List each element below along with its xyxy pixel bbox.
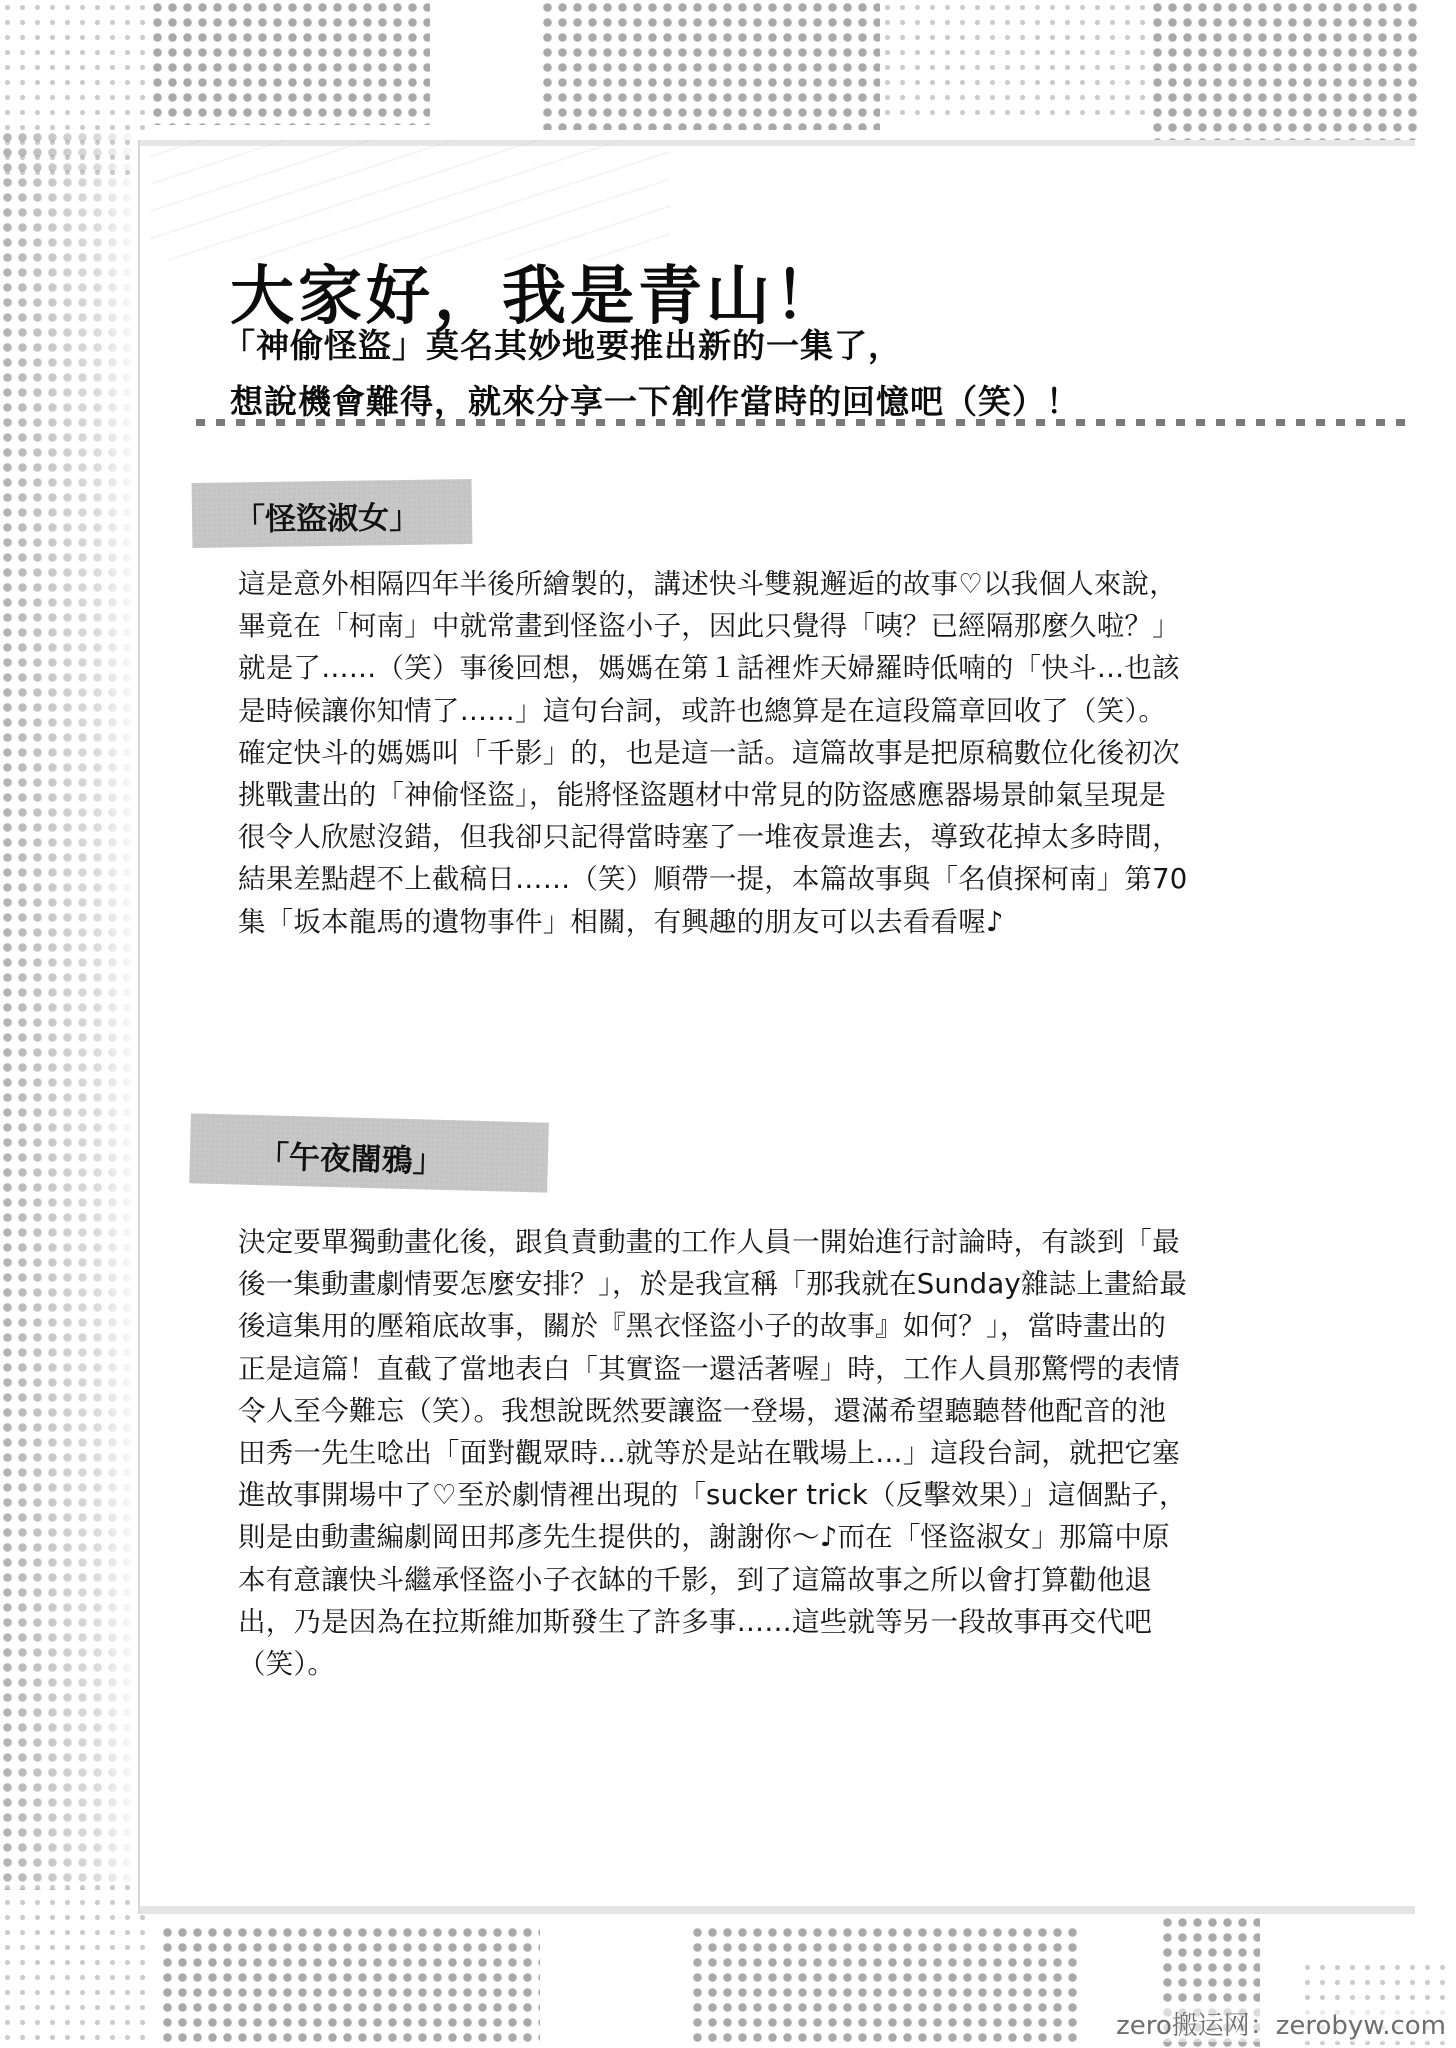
halftone-pattern-top-a [150, 0, 430, 125]
subtitle-line-1: 「神偷怪盜」莫名其妙地要推出新的一集了， [222, 318, 1080, 374]
body-line: 令人至今難忘（笑）。我想說既然要讓盜一登場，還滿希望聽聽替他配音的池 [238, 1390, 1187, 1432]
halftone-pattern-bottom-left [0, 1880, 150, 2048]
body-line: 畢竟在「柯南」中就常畫到怪盜小子，因此只覺得「咦？已經隔那麼久啦？」 [238, 605, 1188, 647]
body-line: 這是意外相隔四年半後所繪製的，講述快斗雙親邂逅的故事♡以我個人來說， [238, 563, 1188, 605]
body-line: 決定要單獨動畫化後，跟負責動畫的工作人員一開始進行討論時，有談到「最 [238, 1221, 1187, 1263]
halftone-pattern-top-b [540, 0, 880, 130]
section-heading-label: 「怪盜淑女」 [234, 500, 420, 539]
halftone-pattern-bottom-a [160, 1925, 540, 2048]
sketch-lines-decoration [150, 140, 670, 260]
halftone-pattern-top-right [1150, 0, 1420, 140]
dotted-divider [196, 419, 1406, 426]
halftone-pattern-bottom-b [690, 1925, 1080, 2048]
body-line: （笑）。 [238, 1643, 1187, 1685]
body-line: 本有意讓快斗繼承怪盜小子衣缽的千影，到了這篇故事之所以會打算勸他退 [238, 1559, 1187, 1601]
body-line: 出，乃是因為在拉斯維加斯發生了許多事……這些就等另一段故事再交代吧 [238, 1601, 1187, 1643]
body-line: 確定快斗的媽媽叫「千影」的，也是這一話。這篇故事是把原稿數位化後初次 [238, 732, 1188, 774]
body-line: 就是了……（笑）事後回想，媽媽在第１話裡炸天婦羅時低喃的「快斗…也該 [238, 647, 1188, 689]
section-heading-kaitou-lady: 「怪盜淑女」 [192, 479, 473, 548]
section-heading-midnight-crow: 「午夜闇鴉」 [189, 1113, 549, 1192]
section-body-kaitou-lady: 這是意外相隔四年半後所繪製的，講述快斗雙親邂逅的故事♡以我個人來說， 畢竟在「柯… [238, 563, 1188, 943]
section-heading-label: 「午夜闇鴉」 [257, 1139, 444, 1180]
body-line: 集「坂本龍馬的遺物事件」相關，有興趣的朋友可以去看看喔♪ [238, 901, 1188, 943]
page-subtitle: 「神偷怪盜」莫名其妙地要推出新的一集了， 想說機會難得，就來分享一下創作當時的回… [222, 318, 1080, 430]
body-line: 田秀一先生唸出「面對觀眾時…就等於是站在戰場上…」這段台詞，就把它塞 [238, 1432, 1187, 1474]
body-line: 則是由動畫編劇岡田邦彥先生提供的，謝謝你～♪而在「怪盜淑女」那篇中原 [238, 1516, 1187, 1558]
halftone-pattern-left-strip [0, 130, 140, 1890]
body-line: 挑戰畫出的「神偷怪盜」，能將怪盜題材中常見的防盜感應器場景帥氣呈現是 [238, 774, 1188, 816]
body-line: 後一集動畫劇情要怎麼安排？」，於是我宣稱「那我就在Sunday雜誌上畫給最 [238, 1263, 1187, 1305]
body-line: 是時候讓你知情了……」這句台詞，或許也總算是在這段篇章回收了（笑）。 [238, 690, 1188, 732]
body-line: 結果差點趕不上截稿日……（笑）順帶一提，本篇故事與「名偵探柯南」第70 [238, 858, 1188, 900]
halftone-pattern-top-mid [880, 0, 1150, 120]
body-line: 進故事開場中了♡至於劇情裡出現的「sucker trick（反擊效果）」這個點子… [238, 1474, 1187, 1516]
body-line: 很令人欣慰沒錯，但我卻只記得當時塞了一堆夜景進去，導致花掉太多時間， [238, 816, 1188, 858]
watermark-text: zero搬运网：zerobyw.com [1112, 2005, 1450, 2042]
body-line: 後這集用的壓箱底故事，關於『黑衣怪盜小子的故事』如何？」，當時畫出的 [238, 1305, 1187, 1347]
body-line: 正是這篇！直截了當地表白「其實盜一還活著喔」時，工作人員那驚愕的表情 [238, 1348, 1187, 1390]
section-body-midnight-crow: 決定要單獨動畫化後，跟負責動畫的工作人員一開始進行討論時，有談到「最 後一集動畫… [238, 1221, 1187, 1685]
